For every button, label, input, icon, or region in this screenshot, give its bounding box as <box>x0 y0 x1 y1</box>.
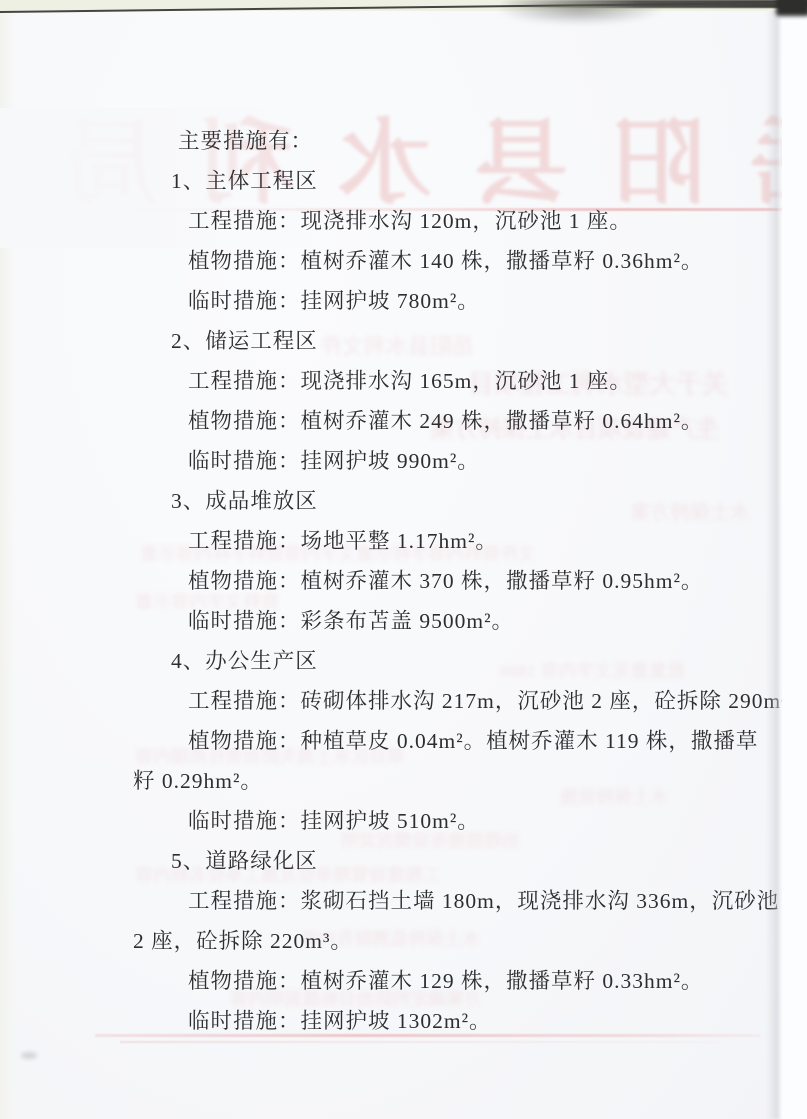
text-line: 2 座，砼拆除 220m³。 <box>131 921 807 961</box>
text-line: 3、成品堆放区 <box>131 481 807 521</box>
text-line: 1、主体工程区 <box>131 161 807 201</box>
text-line: 2、储运工程区 <box>131 321 807 361</box>
text-line: 植物措施：植树乔灌木 140 株，撒播草籽 0.36hm²。 <box>131 241 807 281</box>
scan-right-edge <box>782 0 807 1119</box>
text-line: 4、办公生产区 <box>131 641 807 681</box>
text-line: 植物措施：植树乔灌木 249 株，撒播草籽 0.64hm²。 <box>131 401 807 441</box>
text-line: 籽 0.29hm²。 <box>131 761 807 801</box>
text-line: 植物措施：种植草皮 0.04m²。植树乔灌木 119 株，撒播草 <box>131 721 807 761</box>
top-right-corner-shadow <box>776 0 807 16</box>
text-line: 工程措施：场地平整 1.17hm²。 <box>131 521 807 561</box>
page-curl-shadow <box>495 3 665 25</box>
text-line: 工程措施：现浇排水沟 120m，沉砂池 1 座。 <box>131 201 807 241</box>
text-line: 工程措施：浆砌石挡土墙 180m，现浇排水沟 336m，沉砂池 <box>131 881 807 921</box>
scan-smudge <box>21 1052 37 1059</box>
text-line: 工程措施：砖砌体排水沟 217m，沉砂池 2 座，砼拆除 290m³。 <box>131 681 807 721</box>
text-line: 植物措施：植树乔灌木 129 株，撒播草籽 0.33hm²。 <box>131 961 807 1001</box>
text-line: 植物措施：植树乔灌木 370 株，撒播草籽 0.95hm²。 <box>131 561 807 601</box>
scanned-document-page: 岳阳县水利局岳阳县水利文件关于大型水利工程项目生产建设项目水土保持方案水土保持方… <box>0 0 807 1119</box>
text-line: 临时措施：彩条布苫盖 9500m²。 <box>131 601 807 641</box>
text-line: 临时措施：挂网护坡 510m²。 <box>131 801 807 841</box>
text-line: 临时措施：挂网护坡 1302m²。 <box>131 1001 807 1041</box>
document-text: 主要措施有：1、主体工程区工程措施：现浇排水沟 120m，沉砂池 1 座。植物措… <box>131 121 807 1041</box>
text-line: 临时措施：挂网护坡 780m²。 <box>131 281 807 321</box>
text-line: 临时措施：挂网护坡 990m²。 <box>131 441 807 481</box>
text-line: 工程措施：现浇排水沟 165m，沉砂池 1 座。 <box>131 361 807 401</box>
text-line: 5、道路绿化区 <box>131 841 807 881</box>
page-fold-crease <box>766 0 782 1119</box>
text-line: 主要措施有： <box>131 121 807 161</box>
